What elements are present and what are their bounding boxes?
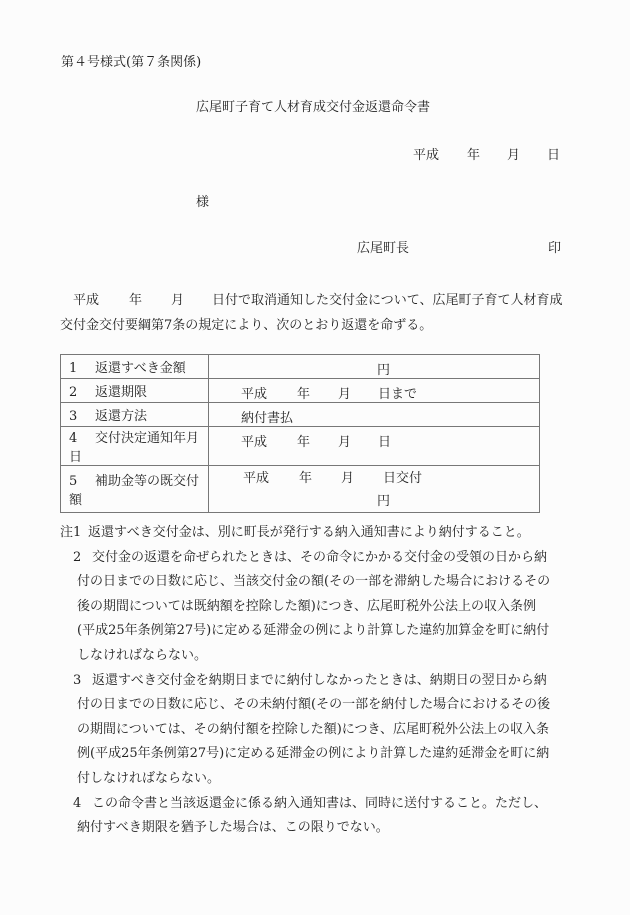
note-text-line: 後の期間については既納額を控除した額)につき、広尾町税外公法上の収入条例	[77, 595, 536, 620]
form-number: 第４号様式(第７条関係)	[61, 55, 201, 71]
row-value-text: 日交付	[383, 467, 422, 486]
row-value-text: 円	[377, 359, 390, 378]
note-number: 注1	[60, 521, 81, 546]
note-text-line: この命令書と当該返還金に係る納入通知書は、同時に送付すること。ただし、	[92, 792, 547, 817]
row-value-text: 平成	[243, 467, 269, 486]
row-value: 平成年月日	[209, 427, 540, 466]
note-text-line: 付の日までの日数に応じ、その未納付額(その一部を納付した場合におけるその後	[77, 693, 550, 718]
row-number: 4	[69, 431, 95, 446]
note-text-line: 付しなければならない。	[77, 767, 220, 792]
order-body-line-1: 平成 年 月 日付で取消通知した交付金について、広尾町子育て人材育成	[60, 289, 585, 314]
row-value-text: 年	[297, 383, 310, 402]
row-label: 2返還期限	[61, 379, 209, 403]
note-text-line: 返還すべき交付金を納期日までに納付しなかったときは、納期日の翌日から納	[92, 669, 547, 694]
row-label: 3返還方法	[61, 403, 209, 427]
row-label: 5補助金等の既交付額	[61, 466, 209, 513]
issuer-name: 広尾町長	[357, 241, 409, 257]
date-year: 年	[467, 148, 480, 164]
table-row: 1返還すべき金額円	[61, 355, 540, 379]
document-title: 広尾町子育て人材育成交付金返還命令書	[196, 100, 430, 116]
row-value: 平成年月日まで	[209, 379, 540, 403]
row-label: 1返還すべき金額	[61, 355, 209, 379]
table-row: 3返還方法納付書払	[61, 403, 540, 427]
row-number: 2	[69, 385, 95, 400]
order-body: 平成 年 月 日付で取消通知した交付金について、広尾町子育て人材育成 交付金交付…	[60, 289, 585, 338]
row-label-text: 返還期限	[95, 385, 147, 400]
notes-section: 注1返還すべき交付金は、別に町長が発行する納入通知書により納付すること。2交付金…	[60, 521, 580, 841]
note-text-line: しなければならない。	[77, 644, 207, 669]
table-row: 5補助金等の既交付額平成年月日交付円	[61, 466, 540, 513]
row-value-text: 年	[297, 431, 310, 450]
row-value: 円	[209, 355, 540, 379]
row-value: 平成年月日交付円	[209, 466, 540, 513]
addressee-suffix: 様	[196, 195, 209, 211]
note-number: 4	[73, 792, 81, 817]
row-label: 4交付決定通知年月日	[61, 427, 209, 466]
date-era: 平成	[413, 148, 439, 164]
note-text-line: 交付金の返還を命ぜられたときは、その命令にかかる交付金の受領の日から納	[92, 546, 547, 571]
table-row: 4交付決定通知年月日平成年月日	[61, 427, 540, 466]
row-value-text: 日まで	[378, 383, 417, 402]
row-value-text: 平成	[241, 431, 267, 450]
issue-date-line: 平成 年 月 日	[0, 148, 630, 164]
date-day: 日	[547, 148, 560, 164]
row-value-text: 年	[299, 467, 312, 486]
note-text-line: 返還すべき交付金は、別に町長が発行する納入通知書により納付すること。	[88, 521, 530, 546]
row-value: 納付書払	[209, 403, 540, 427]
note-text-line: 例(平成25年条例第27号)に定める延滞金の例により計算した違約延滞金を町に納	[77, 742, 549, 767]
note-item: 2交付金の返還を命ぜられたときは、その命令にかかる交付金の受領の日から納付の日ま…	[60, 546, 580, 669]
repayment-details-table: 1返還すべき金額円2返還期限平成年月日まで3返還方法納付書払4交付決定通知年月日…	[60, 354, 540, 513]
row-value-text: 納付書払	[241, 407, 293, 426]
note-text-line: 付の日までの日数に応じ、当該交付金の額(その一部を滞納した場合におけるその	[77, 570, 550, 595]
row-label-text: 返還すべき金額	[95, 361, 186, 376]
row-value-text: 月	[341, 467, 354, 486]
note-item: 4この命令書と当該返還金に係る納入通知書は、同時に送付すること。ただし、納付すべ…	[60, 792, 580, 841]
row-number: 3	[69, 409, 95, 424]
note-text-line: 納付すべき期限を猶予した場合は、この限りでない。	[77, 816, 389, 841]
order-body-line-2: 交付金交付要綱第7条の規定により、次のとおり返還を命ずる。	[60, 314, 585, 339]
note-text-line: (平成25年条例第27号)に定める延滞金の例により計算した違約加算金を町に納付	[77, 619, 549, 644]
row-value-text: 月	[338, 383, 351, 402]
note-item: 注1返還すべき交付金は、別に町長が発行する納入通知書により納付すること。	[60, 521, 580, 546]
row-number: 5	[69, 474, 95, 489]
row-value-text: 平成	[241, 383, 267, 402]
row-value-text: 月	[338, 431, 351, 450]
row-label-text: 返還方法	[95, 409, 147, 424]
note-number: 2	[73, 546, 81, 571]
row-value-text: 日	[378, 431, 391, 450]
table-row: 2返還期限平成年月日まで	[61, 379, 540, 403]
row-value-text: 円	[377, 490, 390, 509]
date-month: 月	[507, 148, 520, 164]
seal-mark: 印	[548, 241, 561, 257]
row-number: 1	[69, 361, 95, 376]
note-number: 3	[73, 669, 81, 694]
note-item: 3返還すべき交付金を納期日までに納付しなかったときは、納期日の翌日から納付の日ま…	[60, 669, 580, 792]
note-text-line: の期間については、その納付額を控除した額)につき、広尾町税外公法上の収入条	[77, 718, 549, 743]
